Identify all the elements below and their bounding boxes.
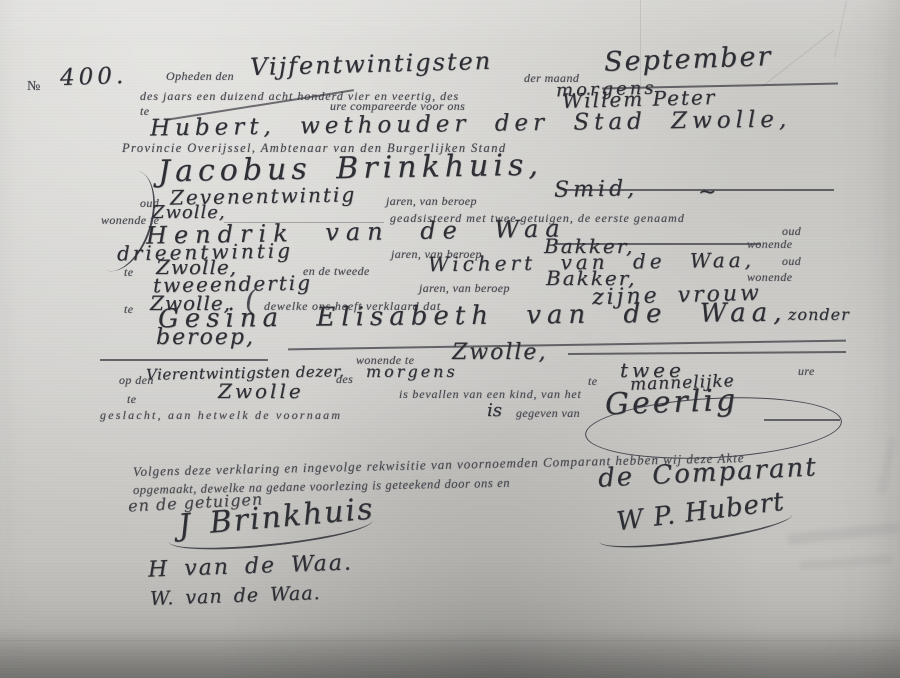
signature-witness2: W. van de Waa.: [150, 582, 321, 610]
printed-text: gegeven van: [516, 406, 580, 421]
printed-text: te: [588, 374, 597, 389]
printed-text: te: [124, 265, 133, 280]
fill-line: [764, 419, 840, 421]
printed-text: te: [140, 104, 149, 119]
signature-witness1: H van de Waa.: [148, 550, 354, 582]
printed-text: ure: [798, 364, 815, 379]
printed-text: Opheden den: [166, 69, 234, 84]
handwritten-birthplace: Zwolle: [218, 379, 304, 403]
paper-bottom-shading: [0, 628, 900, 678]
printed-text: oud: [782, 254, 801, 269]
printed-text: te: [127, 392, 136, 407]
handwritten-text: is: [487, 400, 502, 421]
printed-text: jaren, van beroep: [386, 194, 477, 209]
printed-text: te: [124, 302, 133, 317]
handwritten-daypart: morgens: [366, 362, 458, 381]
handwritten-dash: ~: [698, 180, 716, 205]
handwritten-month: September: [604, 41, 773, 78]
printed-text: en de tweede: [303, 264, 370, 279]
handwritten-day: Vijfentwintigsten: [250, 47, 493, 81]
fill-line: [568, 351, 846, 354]
handwritten-mother-occupation: beroep,: [156, 325, 255, 350]
fill-line: [288, 340, 846, 350]
record-number: 400.: [60, 63, 128, 91]
printed-text: geslacht, aan hetwelk de voornaam: [100, 408, 342, 423]
record-number-symbol: №: [27, 79, 41, 95]
handwritten-registrar-title: Hubert, wethouder der Stad Zwolle,: [150, 107, 792, 142]
printed-text: des: [336, 372, 353, 387]
fold-crease: [834, 1, 847, 58]
handwritten-father-occupation: Smid,: [554, 176, 638, 202]
handwritten-text: zonder: [788, 305, 850, 324]
birth-record-scan: № 400. Opheden den Vijfentwintigsten der…: [0, 0, 900, 678]
bleedthrough-mark: [877, 437, 897, 495]
bleedthrough-mark: [800, 555, 892, 570]
fold-crease: [0, 640, 900, 641]
bleedthrough-mark: [788, 522, 900, 545]
fill-line: [100, 359, 268, 361]
handwritten-residence: Zwolle,: [452, 340, 547, 365]
printed-text: jaren, van beroep: [419, 281, 510, 296]
